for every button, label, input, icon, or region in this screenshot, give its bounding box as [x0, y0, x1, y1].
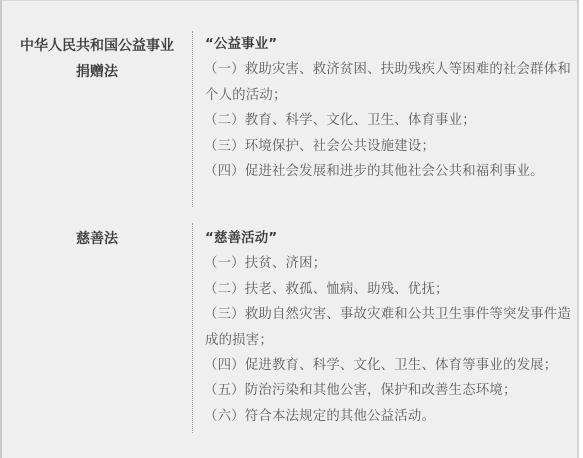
- column-divider: [192, 223, 193, 433]
- column-divider: [192, 31, 193, 207]
- definition-cell: “慈善活动” （一）扶贫、济困； （二）扶老、救孤、恤病、助残、优抚； （三）救…: [205, 226, 571, 429]
- law-name-cell: 慈善法: [2, 226, 192, 252]
- list-item: （一）救助灾害、救济贫困、扶助残疾人等困难的社会群体和个人的活动；: [205, 57, 571, 108]
- table-row-charity-law: 慈善法 “慈善活动” （一）扶贫、济困； （二）扶老、救孤、恤病、助残、优抚； …: [2, 226, 581, 448]
- list-item: （一）扶贫、济困；: [205, 251, 571, 276]
- list-item: （二）扶老、救孤、恤病、助残、优抚；: [205, 277, 571, 302]
- law-comparison-table: 中华人民共和国公益事业 捐赠法 “公益事业” （一）救助灾害、救济贫困、扶助残疾…: [0, 0, 579, 458]
- list-item: （六）符合本法规定的其他公益活动。: [205, 404, 571, 429]
- law-name-line: 中华人民共和国公益事业: [2, 33, 192, 59]
- list-item: （四）促进教育、科学、文化、卫生、体育等事业的发展；: [205, 353, 571, 378]
- definition-cell: “公益事业” （一）救助灾害、救济贫困、扶助残疾人等困难的社会群体和个人的活动；…: [205, 32, 571, 184]
- defined-term: “公益事业”: [205, 32, 571, 57]
- law-name-line: 捐赠法: [2, 59, 192, 85]
- table-row-donation-law: 中华人民共和国公益事业 捐赠法 “公益事业” （一）救助灾害、救济贫困、扶助残疾…: [2, 31, 581, 206]
- list-item: （四）促进社会发展和进步的其他社会公共和福利事业。: [205, 159, 571, 184]
- list-item: （五）防治污染和其他公害，保护和改善生态环境；: [205, 378, 571, 403]
- law-name-line: 慈善法: [2, 226, 192, 252]
- law-name-cell: 中华人民共和国公益事业 捐赠法: [2, 33, 192, 85]
- list-item: （三）环境保护、社会公共设施建设；: [205, 134, 571, 159]
- list-item: （三）救助自然灾害、事故灾难和公共卫生事件等突发事件造成的损害；: [205, 302, 571, 353]
- list-item: （二）教育、科学、文化、卫生、体育事业；: [205, 108, 571, 133]
- defined-term: “慈善活动”: [205, 226, 571, 251]
